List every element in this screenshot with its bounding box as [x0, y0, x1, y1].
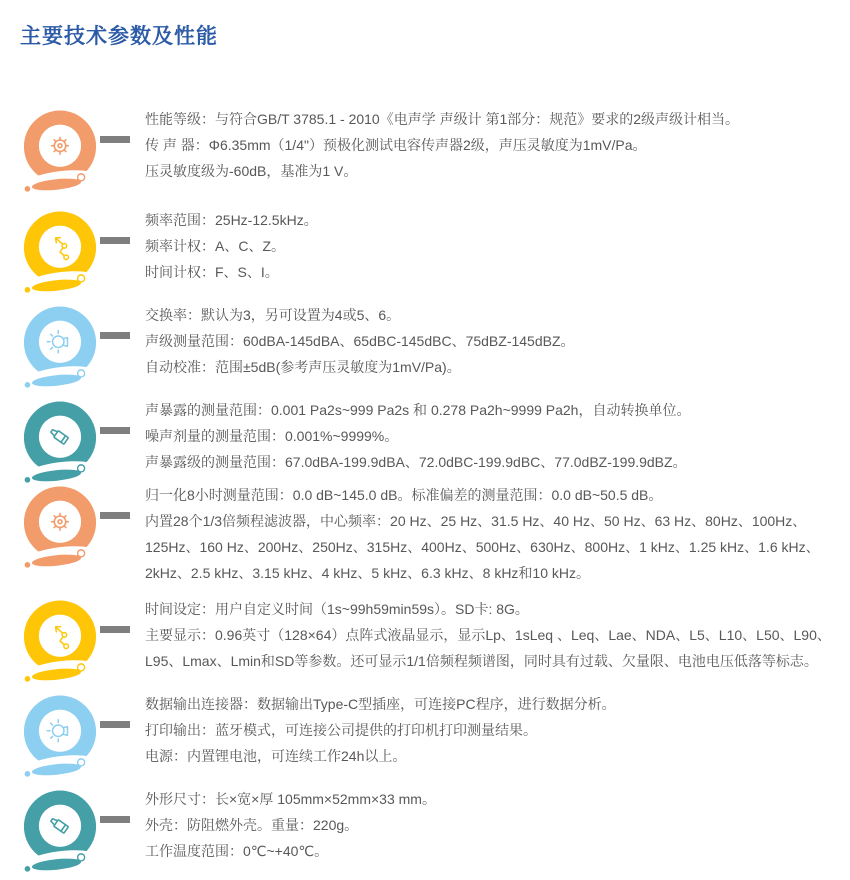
spec-line: 外壳：防阻燃外壳。重量：220g。: [145, 812, 839, 838]
spec-text: 频率范围：25Hz-12.5kHz。 频率计权：A、C、Z。 时间计权：F、S、…: [145, 207, 839, 285]
spec-line: 声暴露的测量范围：0.001 Pa2s~999 Pa2s 和 0.278 Pa2…: [145, 397, 839, 423]
spec-page: 主要技术参数及性能 性能等级：与符合GB/T 3785.1 - 2010《电声学…: [0, 0, 850, 880]
spec-text: 声暴露的测量范围：0.001 Pa2s~999 Pa2s 和 0.278 Pa2…: [145, 397, 839, 475]
spec-text: 外形尺寸：长×宽×厚 105mm×52mm×33 mm。 外壳：防阻燃外壳。重量…: [145, 786, 839, 864]
bulb-icon: [16, 301, 104, 393]
spec-line: 频率计权：A、C、Z。: [145, 233, 839, 259]
spec-line: 主要显示：0.96英寸（128×64）点阵式液晶显示，显示Lp、1sLeq 、L…: [145, 622, 839, 674]
spec-text: 交换率：默认为3，另可设置为4或5、6。 声级测量范围：60dBA-145dBA…: [145, 302, 839, 380]
spec-line: 打印输出：蓝牙模式，可连接公司提供的打印机打印测量结果。: [145, 717, 839, 743]
marker-pen-icon: [16, 785, 104, 877]
connector-dash: [100, 237, 130, 244]
connector-dash: [100, 332, 130, 339]
spec-line: 电源：内置锂电池，可连续工作24h以上。: [145, 743, 839, 769]
spec-line: 外形尺寸：长×宽×厚 105mm×52mm×33 mm。: [145, 786, 839, 812]
gear-icon: [16, 481, 104, 573]
spec-line: 传 声 器：Φ6.35mm（1/4"）预极化测试电容传声器2级，声压灵敏度为1m…: [145, 132, 839, 158]
spec-line: 归一化8小时测量范围：0.0 dB~145.0 dB。标准偏差的测量范围：0.0…: [145, 482, 839, 508]
spec-line: 压灵敏度级为-60dB，基准为1 V。: [145, 158, 839, 184]
connector-dash: [100, 427, 130, 434]
connector-dash: [100, 721, 130, 728]
bulb-icon: [16, 690, 104, 782]
spec-line: 性能等级：与符合GB/T 3785.1 - 2010《电声学 声级计 第1部分：…: [145, 106, 839, 132]
spec-line: 内置28个1/3倍频程滤波器，中心频率：20 Hz、25 Hz、31.5 Hz、…: [145, 508, 839, 586]
spec-line: 时间设定：用户自定义时间（1s~99h59min59s）。SD卡: 8G。: [145, 596, 839, 622]
marker-pen-icon: [16, 396, 104, 488]
connector-dash: [100, 816, 130, 823]
spec-line: 噪声剂量的测量范围：0.001%~9999%。: [145, 423, 839, 449]
spec-line: 数据输出连接器：数据输出Type-C型插座，可连接PC程序，进行数据分析。: [145, 691, 839, 717]
spec-text: 归一化8小时测量范围：0.0 dB~145.0 dB。标准偏差的测量范围：0.0…: [145, 482, 839, 586]
route-arrow-icon: [16, 595, 104, 687]
route-arrow-icon: [16, 206, 104, 298]
spec-line: 自动校准：范围±5dB(参考声压灵敏度为1mV/Pa)。: [145, 354, 839, 380]
spec-line: 声级测量范围：60dBA-145dBA、65dBC-145dBC、75dBZ-1…: [145, 328, 839, 354]
gear-icon: [16, 105, 104, 197]
connector-dash: [100, 512, 130, 519]
connector-dash: [100, 136, 130, 143]
spec-text: 性能等级：与符合GB/T 3785.1 - 2010《电声学 声级计 第1部分：…: [145, 106, 839, 184]
spec-line: 声暴露级的测量范围：67.0dBA-199.9dBA、72.0dBC-199.9…: [145, 449, 839, 475]
spec-line: 时间计权：F、S、I。: [145, 259, 839, 285]
spec-line: 工作温度范围：0℃~+40℃。: [145, 838, 839, 864]
page-title: 主要技术参数及性能: [20, 20, 218, 50]
spec-line: 频率范围：25Hz-12.5kHz。: [145, 207, 839, 233]
spec-text: 数据输出连接器：数据输出Type-C型插座，可连接PC程序，进行数据分析。 打印…: [145, 691, 839, 769]
spec-text: 时间设定：用户自定义时间（1s~99h59min59s）。SD卡: 8G。 主要…: [145, 596, 839, 674]
connector-dash: [100, 626, 130, 633]
spec-line: 交换率：默认为3，另可设置为4或5、6。: [145, 302, 839, 328]
